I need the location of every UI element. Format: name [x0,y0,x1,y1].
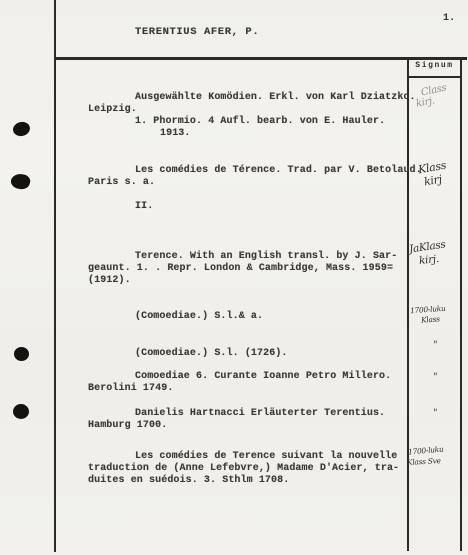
signum-ditto-mark-3: " [433,408,437,419]
signum-note-1-line-2: kirj. [415,95,435,109]
page-heading: TERENTIUS AFER, P. [135,27,259,38]
hole-punch-dot [14,347,29,361]
entry-3-line-1: Terence. With an English transl. by J. S… [135,251,397,262]
top-horizontal-rule [54,57,467,60]
hole-punch-dot [12,120,32,138]
entry-1-line-1: Ausgewählte Komödien. Erkl. von Karl Dzi… [135,92,416,103]
entry-8-line-3: duites en suédois. 3. Sthlm 1708. [88,475,289,486]
signum-column-header: Signum [407,61,462,70]
signum-note-2-line-2: kirj [423,173,443,189]
signum-note-5-line-2: Klass Sve [407,456,441,467]
entry-3-line-3: (1912). [88,275,131,286]
catalog-card-page: 1. TERENTIUS AFER, P. Signum Ausgewählte… [0,0,468,555]
page-number: 1. [443,13,455,24]
entry-3-line-2: geaunt. 1. . Repr. London & Cambridge, M… [88,263,393,274]
signum-column-left-rule [407,57,409,551]
signum-note-3-line-2: kirj. [418,253,439,267]
signum-note-4-line-2: Klass [421,314,440,324]
signum-header-underline [407,76,462,78]
entry-6-line-2: Berolini 1749. [88,383,173,394]
entry-8-line-1: Les comédies de Terence suivant la nouve… [135,451,397,462]
signum-ditto-mark-1: " [433,340,437,351]
entry-4-line-1: (Comoediae.) S.l.& a. [135,311,263,322]
hole-punch-dot [13,404,29,419]
entry-2-line-1: Les comédies de Térence. Trad. par V. Be… [135,165,422,176]
entry-1-line-2: Leipzig. [88,104,137,115]
entry-5-line-1: (Comoediae.) S.l. (1726). [135,348,288,359]
entry-6-line-1: Comoediae 6. Curante Ioanne Petro Miller… [135,371,391,382]
entry-8-line-2: traduction de (Anne Lefebvre,) Madame D'… [88,463,399,474]
signum-ditto-mark-2: " [433,372,437,383]
entry-7-line-2: Hamburg 1700. [88,420,167,431]
entry-2-line-3: II. [135,201,153,212]
signum-note-5-line-1: 1700-luku [408,444,444,456]
signum-note-4-line-1: 1700-luku [410,304,446,315]
entry-1-line-3: 1. Phormio. 4 Aufl. bearb. von E. Hauler… [135,116,385,127]
signum-note-3-line-1: JaKlass [408,239,446,256]
entry-2-line-2: Paris s. a. [88,177,155,188]
entry-7-line-1: Danielis Hartnacci Erläuterter Terentius… [135,408,385,419]
entry-1-line-4: 1913. [160,128,191,139]
hole-punch-dot [10,172,32,191]
signum-column-right-rule [460,57,462,551]
left-margin-rule [54,0,56,552]
